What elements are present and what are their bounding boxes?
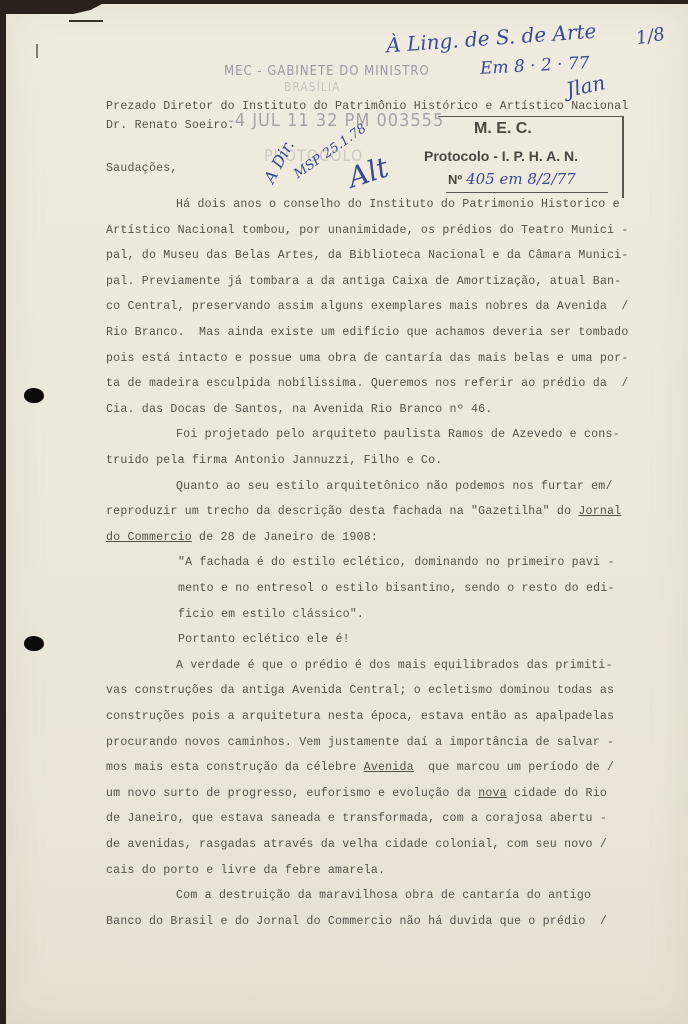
letter-line: A verdade é que o prédio é dos mais equi… — [176, 659, 613, 672]
letter-line: Com a destruição da maravilhosa obra de … — [176, 889, 591, 902]
letter-line: de avenidas, rasgadas através da velha c… — [106, 838, 607, 851]
punch-hole-lower — [24, 636, 44, 651]
line-text: pois está intacto e possue uma obra de c… — [106, 352, 629, 365]
letter-line: mos mais esta construção da célebre Aven… — [106, 761, 614, 774]
line-text: um novo surto de progresso, euforismo e … — [106, 787, 478, 800]
date-received-stamp: -4 JUL 11 32 PM 003555 — [228, 110, 444, 131]
line-text: Rio Branco. Mas ainda existe um edifício… — [106, 326, 629, 339]
line-text: A verdade é que o prédio é dos mais equi… — [176, 659, 613, 672]
underlined-text: nova — [478, 787, 507, 800]
letter-line: procurando novos caminhos. Vem justament… — [106, 736, 614, 749]
torn-corner — [6, 4, 102, 14]
line-text: vas construções da antiga Avenida Centra… — [106, 684, 614, 697]
letter-line: Rio Branco. Mas ainda existe um edifício… — [106, 326, 629, 339]
mec-protocol-stamp: M. E. C. Protocolo - I. P. H. A. N. Nº 4… — [424, 116, 624, 198]
underlined-text: Avenida — [364, 761, 414, 774]
mec-stamp-title: M. E. C. — [474, 120, 532, 138]
letter-line: Artístico Nacional tombou, por unanimida… — [106, 224, 629, 237]
letter-page: À Ling. de S. de Arte Em 8 · 2 · 77 Jlan… — [6, 4, 688, 1024]
line-text: pal. Previamente já tombara a da antiga … — [106, 275, 621, 288]
line-text: de 28 de Janeiro de 1908: — [192, 531, 378, 544]
punch-hole-upper — [24, 388, 44, 403]
handwritten-routing-note: À Ling. de S. de Arte — [385, 19, 597, 58]
line-text: reproduzir um trecho da descrição desta … — [106, 505, 578, 518]
letter-line: vas construções da antiga Avenida Centra… — [106, 684, 614, 697]
line-text: Quanto ao seu estilo arquitetônico não p… — [176, 480, 613, 493]
letter-line: "A fachada é do estilo eclético, dominan… — [178, 556, 615, 569]
ministry-stamp-city: BRASÍLIA — [284, 80, 340, 94]
letter-line: cais do porto e livre da febre amarela. — [106, 864, 385, 877]
line-text: procurando novos caminhos. Vem justament… — [106, 736, 614, 749]
letter-line: construções pois a arquitetura nesta épo… — [106, 710, 614, 723]
addressee-name: Dr. Renato Soeiro. — [106, 119, 235, 132]
protocol-number-value: 405 em 8/2/77 — [466, 170, 576, 188]
line-text: Portanto eclético ele é! — [178, 633, 350, 646]
line-text: que marcou um período de / — [414, 761, 614, 774]
letter-line: Foi projetado pelo arquiteto paulista Ra… — [176, 428, 620, 441]
letter-line: Banco do Brasil e do Jornal do Commercio… — [106, 915, 607, 928]
line-text: mos mais esta construção da célebre — [106, 761, 364, 774]
letter-line: do Commercio de 28 de Janeiro de 1908: — [106, 531, 378, 544]
letter-line: co Central, preservando assim alguns exe… — [106, 300, 629, 313]
protocol-iphan-label: Protocolo - I. P. H. A. N. — [424, 148, 578, 164]
line-text: Artístico Nacional tombou, por unanimida… — [106, 224, 629, 237]
line-text: Há dois anos o conselho do Instituto do … — [176, 198, 620, 211]
line-text: pal, do Museu das Belas Artes, da Biblio… — [106, 249, 629, 262]
line-text: cais do porto e livre da febre amarela. — [106, 864, 385, 877]
letter-line: mento e no entresol o estilo bisantino, … — [178, 582, 615, 595]
page-number: 1/8 — [634, 24, 666, 50]
line-text: co Central, preservando assim alguns exe… — [106, 300, 629, 313]
staple-mark — [69, 20, 103, 22]
line-text: ficio em estilo clássico". — [178, 608, 364, 621]
line-text: construções pois a arquitetura nesta épo… — [106, 710, 614, 723]
letter-line: ta de madeira esculpida nobílissima. Que… — [106, 377, 629, 390]
letter-line: Cia. das Docas de Santos, na Avenida Rio… — [106, 403, 493, 416]
pin-mark — [36, 44, 38, 58]
line-text: Foi projetado pelo arquiteto paulista Ra… — [176, 428, 620, 441]
line-text: Com a destruição da maravilhosa obra de … — [176, 889, 591, 902]
line-text: "A fachada é do estilo eclético, dominan… — [178, 556, 615, 569]
letter-line: Quanto ao seu estilo arquitetônico não p… — [176, 480, 613, 493]
letter-line: truido pela firma Antonio Jannuzzi, Filh… — [106, 454, 442, 467]
line-text: Cia. das Docas de Santos, na Avenida Rio… — [106, 403, 493, 416]
letter-line: Portanto eclético ele é! — [178, 633, 350, 646]
underlined-text: do Commercio — [106, 531, 192, 544]
line-text: cidade do Rio — [507, 787, 607, 800]
greeting: Saudações, — [106, 162, 178, 175]
letter-line: Há dois anos o conselho do Instituto do … — [176, 198, 620, 211]
line-text: Banco do Brasil e do Jornal do Commercio… — [106, 915, 607, 928]
line-text: truido pela firma Antonio Jannuzzi, Filh… — [106, 454, 442, 467]
line-text: ta de madeira esculpida nobílissima. Que… — [106, 377, 629, 390]
handwritten-signature-top: Jlan — [564, 70, 607, 102]
line-text: de Janeiro, que estava saneada e transfo… — [106, 812, 607, 825]
letter-line: pois está intacto e possue uma obra de c… — [106, 352, 629, 365]
letter-line: ficio em estilo clássico". — [178, 608, 364, 621]
letter-line: pal, do Museu das Belas Artes, da Biblio… — [106, 249, 629, 262]
line-text: mento e no entresol o estilo bisantino, … — [178, 582, 615, 595]
line-text: de avenidas, rasgadas através da velha c… — [106, 838, 607, 851]
protocol-number-row: Nº 405 em 8/2/77 — [448, 170, 576, 189]
letter-line: reproduzir um trecho da descrição desta … — [106, 505, 621, 518]
letter-line: um novo surto de progresso, euforismo e … — [106, 787, 607, 800]
underlined-text: Jornal — [578, 505, 621, 518]
protocol-number-label: Nº — [448, 172, 462, 187]
letter-line: de Janeiro, que estava saneada e transfo… — [106, 812, 607, 825]
handwritten-date: Em 8 · 2 · 77 — [480, 53, 591, 79]
ministry-stamp: MEC - GABINETE DO MINISTRO — [224, 64, 430, 79]
letter-line: pal. Previamente já tombara a da antiga … — [106, 275, 621, 288]
